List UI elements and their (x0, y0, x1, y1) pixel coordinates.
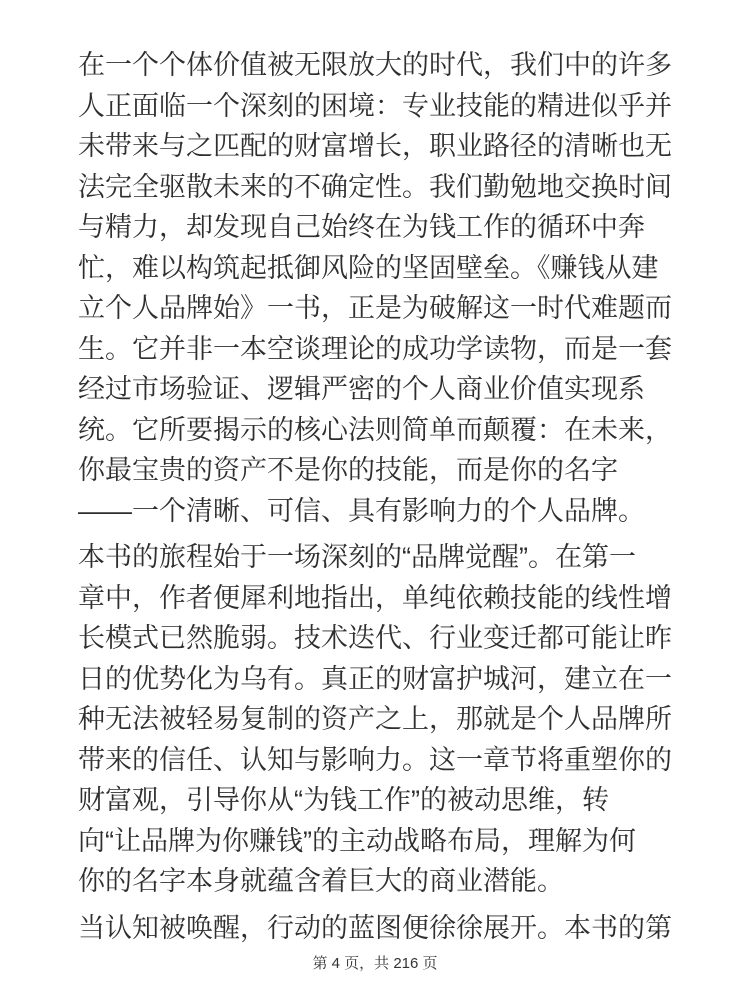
document-page: 在一个个体价值被无限放大的时代，我们中的许多 人正面临一个深刻的困境：专业技能的… (0, 0, 750, 1000)
paragraph-3: 当认知被唤醒，行动的蓝图便徐徐展开。本书的第 (78, 908, 672, 949)
paragraph-2: 本书的旅程始于一场深刻的“品牌觉醒”。在第一 章中，作者便犀利地指出，单纯依赖技… (78, 537, 672, 902)
page-number-indicator: 第 4 页，共 216 页 (78, 954, 672, 974)
paragraph-1: 在一个个体价值被无限放大的时代，我们中的许多 人正面临一个深刻的困境：专业技能的… (78, 45, 672, 531)
